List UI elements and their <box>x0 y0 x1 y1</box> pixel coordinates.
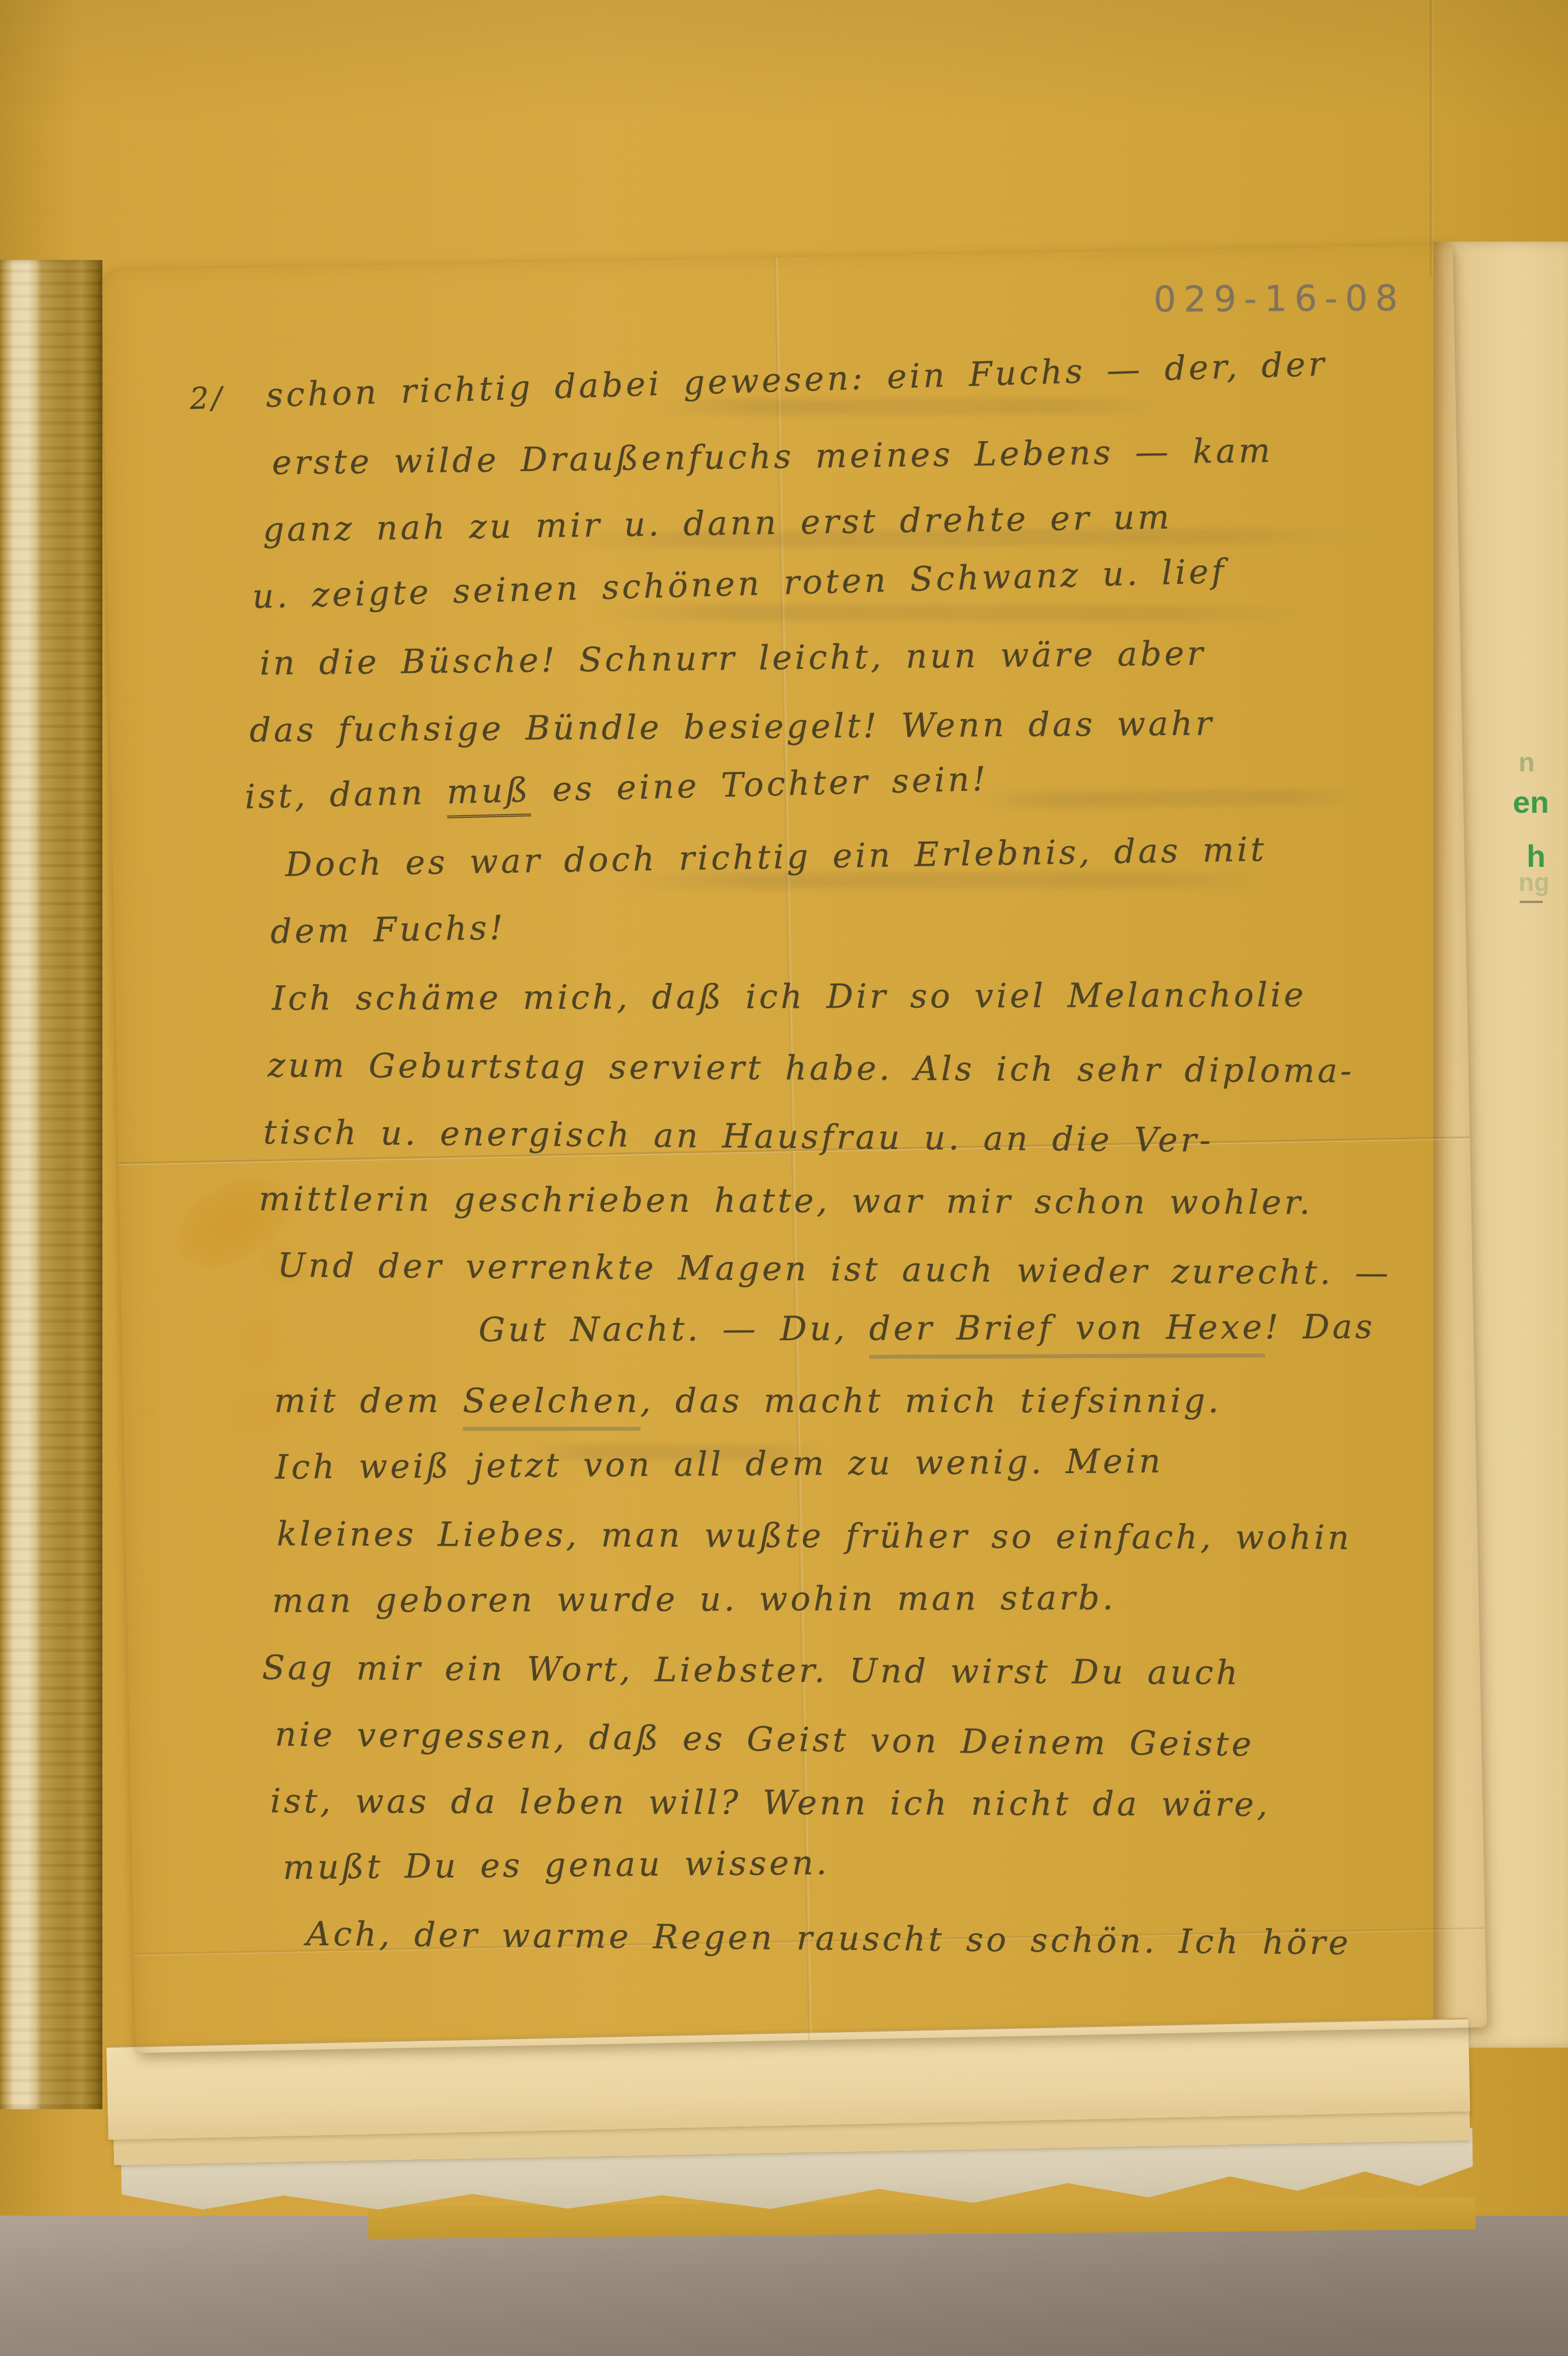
paper-stack-left <box>0 260 102 2109</box>
handwriting-line: kleines Liebes, man wußte früher so einf… <box>277 1514 1352 1558</box>
printed-text-fragment: en <box>1513 785 1549 820</box>
handwriting-line: in die Büsche! Schnurr leicht, nun wäre … <box>259 634 1206 683</box>
handwriting-line: u. zeigte seinen schönen roten Schwanz u… <box>252 552 1227 616</box>
handwriting-line: Doch es war doch richtig ein Erlebnis, d… <box>285 829 1267 884</box>
printed-text-fragment: — <box>1520 888 1542 914</box>
folder-crease <box>1430 0 1433 276</box>
letter-page: 029-16-08 2/schon richtig dabei gewesen:… <box>101 244 1487 2053</box>
handwriting-line: zum Geburtstag serviert habe. Als ich se… <box>267 1046 1355 1091</box>
handwriting-line: Ach, der warme Regen rauscht so schön. I… <box>306 1914 1351 1963</box>
handwriting-line: erste wilde Draußenfuchs meines Lebens —… <box>271 431 1273 482</box>
handwriting-line: mit dem Seelchen, das macht mich tiefsin… <box>274 1381 1221 1420</box>
photo-of-letter: nenhng— 029-16-08 2/schon richtig dabei … <box>0 0 1568 2356</box>
handwriting-line: Und der verrenkte Magen ist auch wieder … <box>277 1245 1391 1292</box>
handwriting-line: das fuchsige Bündle besiegelt! Wenn das … <box>250 703 1215 749</box>
handwriting: 2/schon richtig dabei gewesen: ein Fuchs… <box>101 244 1487 2053</box>
handwriting-line: ist, dann muß es eine Tochter sein! <box>244 759 989 817</box>
handwriting-line: Gut Nacht. — Du, der Brief von Hexe! Das <box>479 1307 1375 1349</box>
handwriting-line: mittlerin geschrieben hatte, war mir sch… <box>259 1179 1313 1222</box>
handwriting-line: ist, was da leben will? Wenn ich nicht d… <box>270 1781 1271 1824</box>
handwriting-line: man geboren wurde u. wohin man starb. <box>272 1578 1116 1620</box>
printed-text-fragment: n <box>1519 747 1535 778</box>
handwriting-line: Sag mir ein Wort, Liebster. Und wirst Du… <box>262 1648 1241 1692</box>
handwriting-line: tisch u. energisch an Hausfrau u. an die… <box>263 1112 1214 1160</box>
handwriting-line: ganz nah zu mir u. dann erst drehte er u… <box>262 498 1172 549</box>
handwriting-line: Ich schäme mich, daß ich Dir so viel Mel… <box>272 975 1307 1018</box>
handwriting-line: Ich weiß jetzt von all dem zu wenig. Mei… <box>275 1441 1164 1487</box>
table-surface <box>0 2216 1568 2356</box>
handwriting-line: mußt Du es genau wissen. <box>282 1843 829 1887</box>
handwriting-line: 2/schon richtig dabei gewesen: ein Fuchs… <box>189 344 1328 417</box>
handwriting-line: dem Fuchs! <box>270 908 507 951</box>
handwriting-line: nie vergessen, daß es Geist von Deinem G… <box>275 1715 1255 1764</box>
